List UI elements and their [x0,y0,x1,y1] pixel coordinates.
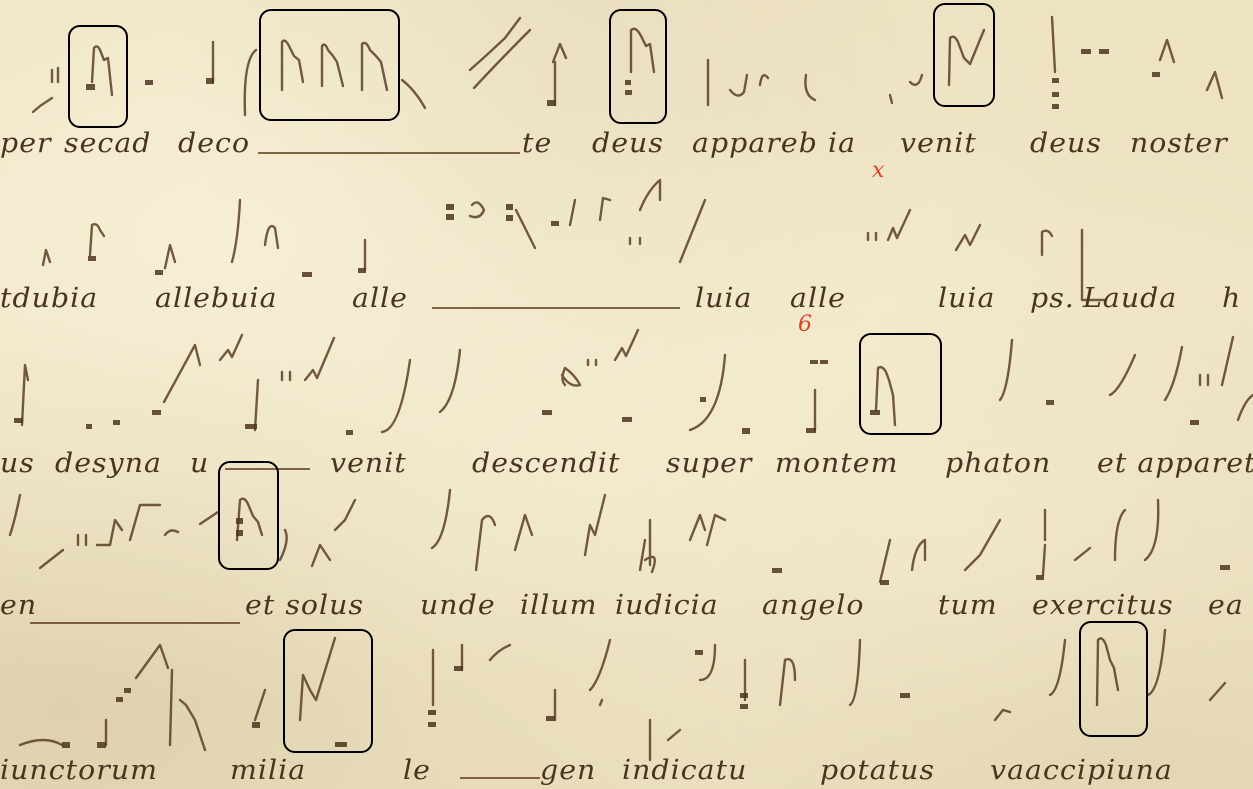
melisma-line [30,622,240,624]
lyric-word: le [403,755,431,786]
lyric-word: per [0,128,52,159]
text-line-4: en et solus unde illum iudicia angelo tu… [0,590,1253,630]
lyric-word: secad [64,128,152,159]
lyric-word: us [0,448,35,479]
lyric-word: unde [420,590,496,621]
lyric-word: illum [520,590,598,621]
lyric-word: h [1222,283,1241,314]
lyric-word: potatus [820,755,935,786]
melisma-line [432,307,680,309]
rubric-mark: x [872,158,884,183]
lyric-word: noster [1130,128,1228,159]
lyric-word: allebuia [155,283,278,314]
lyric-word: deus [1030,128,1102,159]
lyric-word: ps. [1030,283,1075,314]
neume-row-3 [14,330,1253,435]
lyric-word: angelo [762,590,865,621]
text-line-3: us desyna u venit descendit super montem… [0,448,1253,488]
lyric-word: tdubia [0,283,98,314]
lyric-word: venit [330,448,407,479]
lyric-word: appareb ia [692,128,856,159]
annotation-box-2 [259,9,400,121]
lyric-word: u [190,448,209,479]
annotation-box-7 [283,629,373,753]
lyric-word: iudicia [615,590,719,621]
lyric-word: indicatu [622,755,747,786]
lyric-word: alle [790,283,846,314]
annotation-box-6 [218,461,279,570]
annotation-box-1 [68,25,128,128]
lyric-word: montem [775,448,899,479]
lyric-word: luia [695,283,753,314]
annotation-box-5 [859,333,942,435]
lyric-word: desyna [55,448,162,479]
lyric-word: iunctorum [0,755,158,786]
rubric-mark: 6 [798,312,812,337]
lyric-word: phaton [945,448,1051,479]
lyric-word: alle [352,283,408,314]
text-line-1: per secad deco te deus appareb ia venit … [0,128,1253,168]
neume-row-5 [20,630,1225,760]
lyric-word: vaaccipiuna [990,755,1173,786]
lyric-word: gen [540,755,596,786]
lyric-word: te [522,128,552,159]
lyric-word: en [0,590,37,621]
lyric-word: et solus [245,590,364,621]
lyric-word: et apparet [1097,448,1253,479]
lyric-word: milia [230,755,306,786]
text-line-5: iunctorum milia le gen indicatu potatus … [0,755,1253,789]
lyric-word: venit [900,128,977,159]
melisma-line [258,152,520,154]
lyric-word: super [666,448,753,479]
neume-row-4 [10,490,1230,585]
annotation-box-8 [1079,621,1148,737]
lyric-word: exercitus [1032,590,1174,621]
manuscript-page: per secad deco te deus appareb ia venit … [0,0,1253,789]
lyric-word: deco [178,128,250,159]
lyric-word: descendit [472,448,620,479]
text-line-2: tdubia allebuia alle luia alle luia ps. … [0,283,1253,323]
lyric-word: Lauda [1083,283,1177,314]
lyric-word: deus [592,128,664,159]
annotation-box-3 [609,9,667,124]
lyric-word: tum [938,590,998,621]
lyric-word: ea [1208,590,1244,621]
melisma-line [460,777,540,779]
annotation-box-4 [933,3,995,107]
neume-row-2 [43,180,1105,300]
lyric-word: luia [938,283,996,314]
